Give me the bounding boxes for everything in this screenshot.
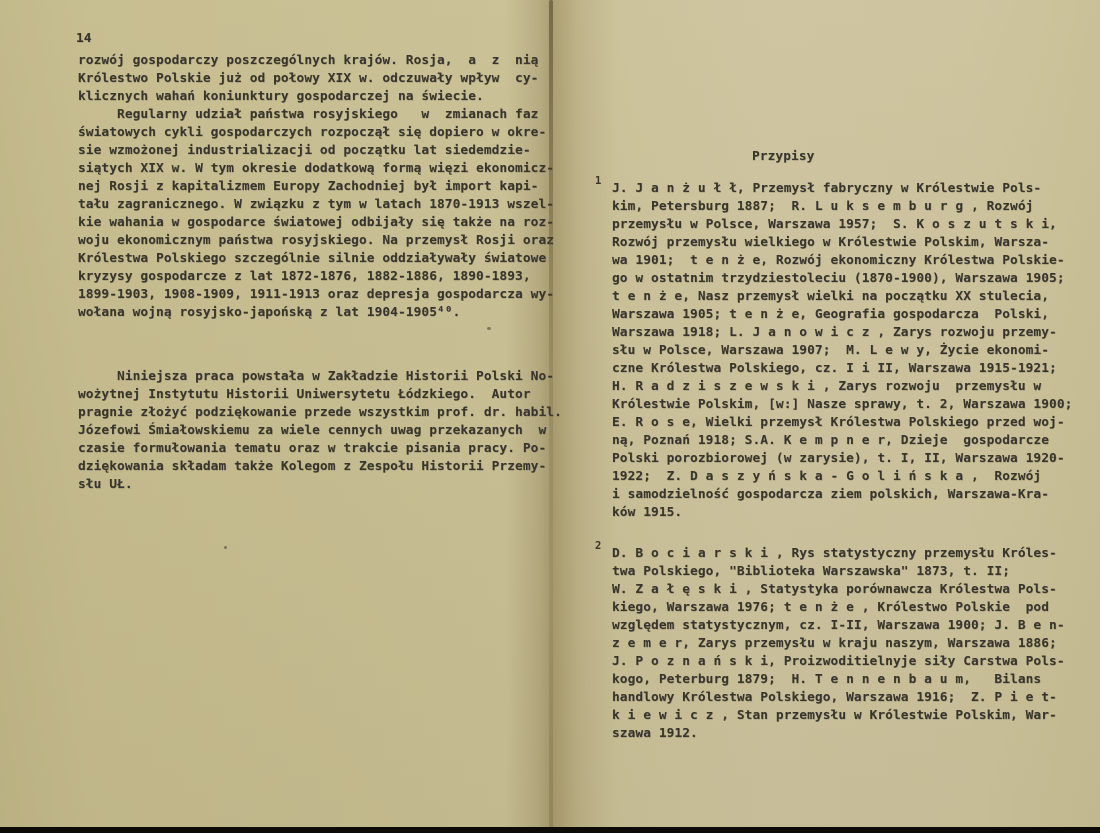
footnote-1-text: J. J a n ż u ł ł, Przemysł fabryczny w K…: [612, 180, 1072, 522]
left-page-paragraph-1: rozwój gospodarczy poszczególnych krajów…: [78, 52, 554, 322]
footnote-2-text: D. B o c i a r s k i , Rys statystyczny …: [612, 545, 1065, 743]
book-spine-crease: [549, 0, 553, 833]
page-number: 14: [76, 30, 92, 48]
paper-speck: [224, 546, 227, 549]
footnotes-heading: Przypisy: [752, 148, 814, 166]
footnote-1-marker: 1: [595, 175, 601, 187]
footnote-1: 1 J. J a n ż u ł ł, Przemysł fabryczny w…: [612, 180, 1072, 522]
paper-speck: [487, 327, 491, 330]
book-scan-spread: 14 rozwój gospodarczy poszczególnych kra…: [0, 0, 1100, 833]
footnote-2-marker: 2: [595, 540, 601, 552]
scan-bottom-edge: [0, 827, 1100, 833]
footnote-2: 2 D. B o c i a r s k i , Rys statystyczn…: [612, 545, 1065, 743]
left-page-paragraph-2: Niniejsza praca powstała w Zakładzie His…: [78, 368, 562, 494]
